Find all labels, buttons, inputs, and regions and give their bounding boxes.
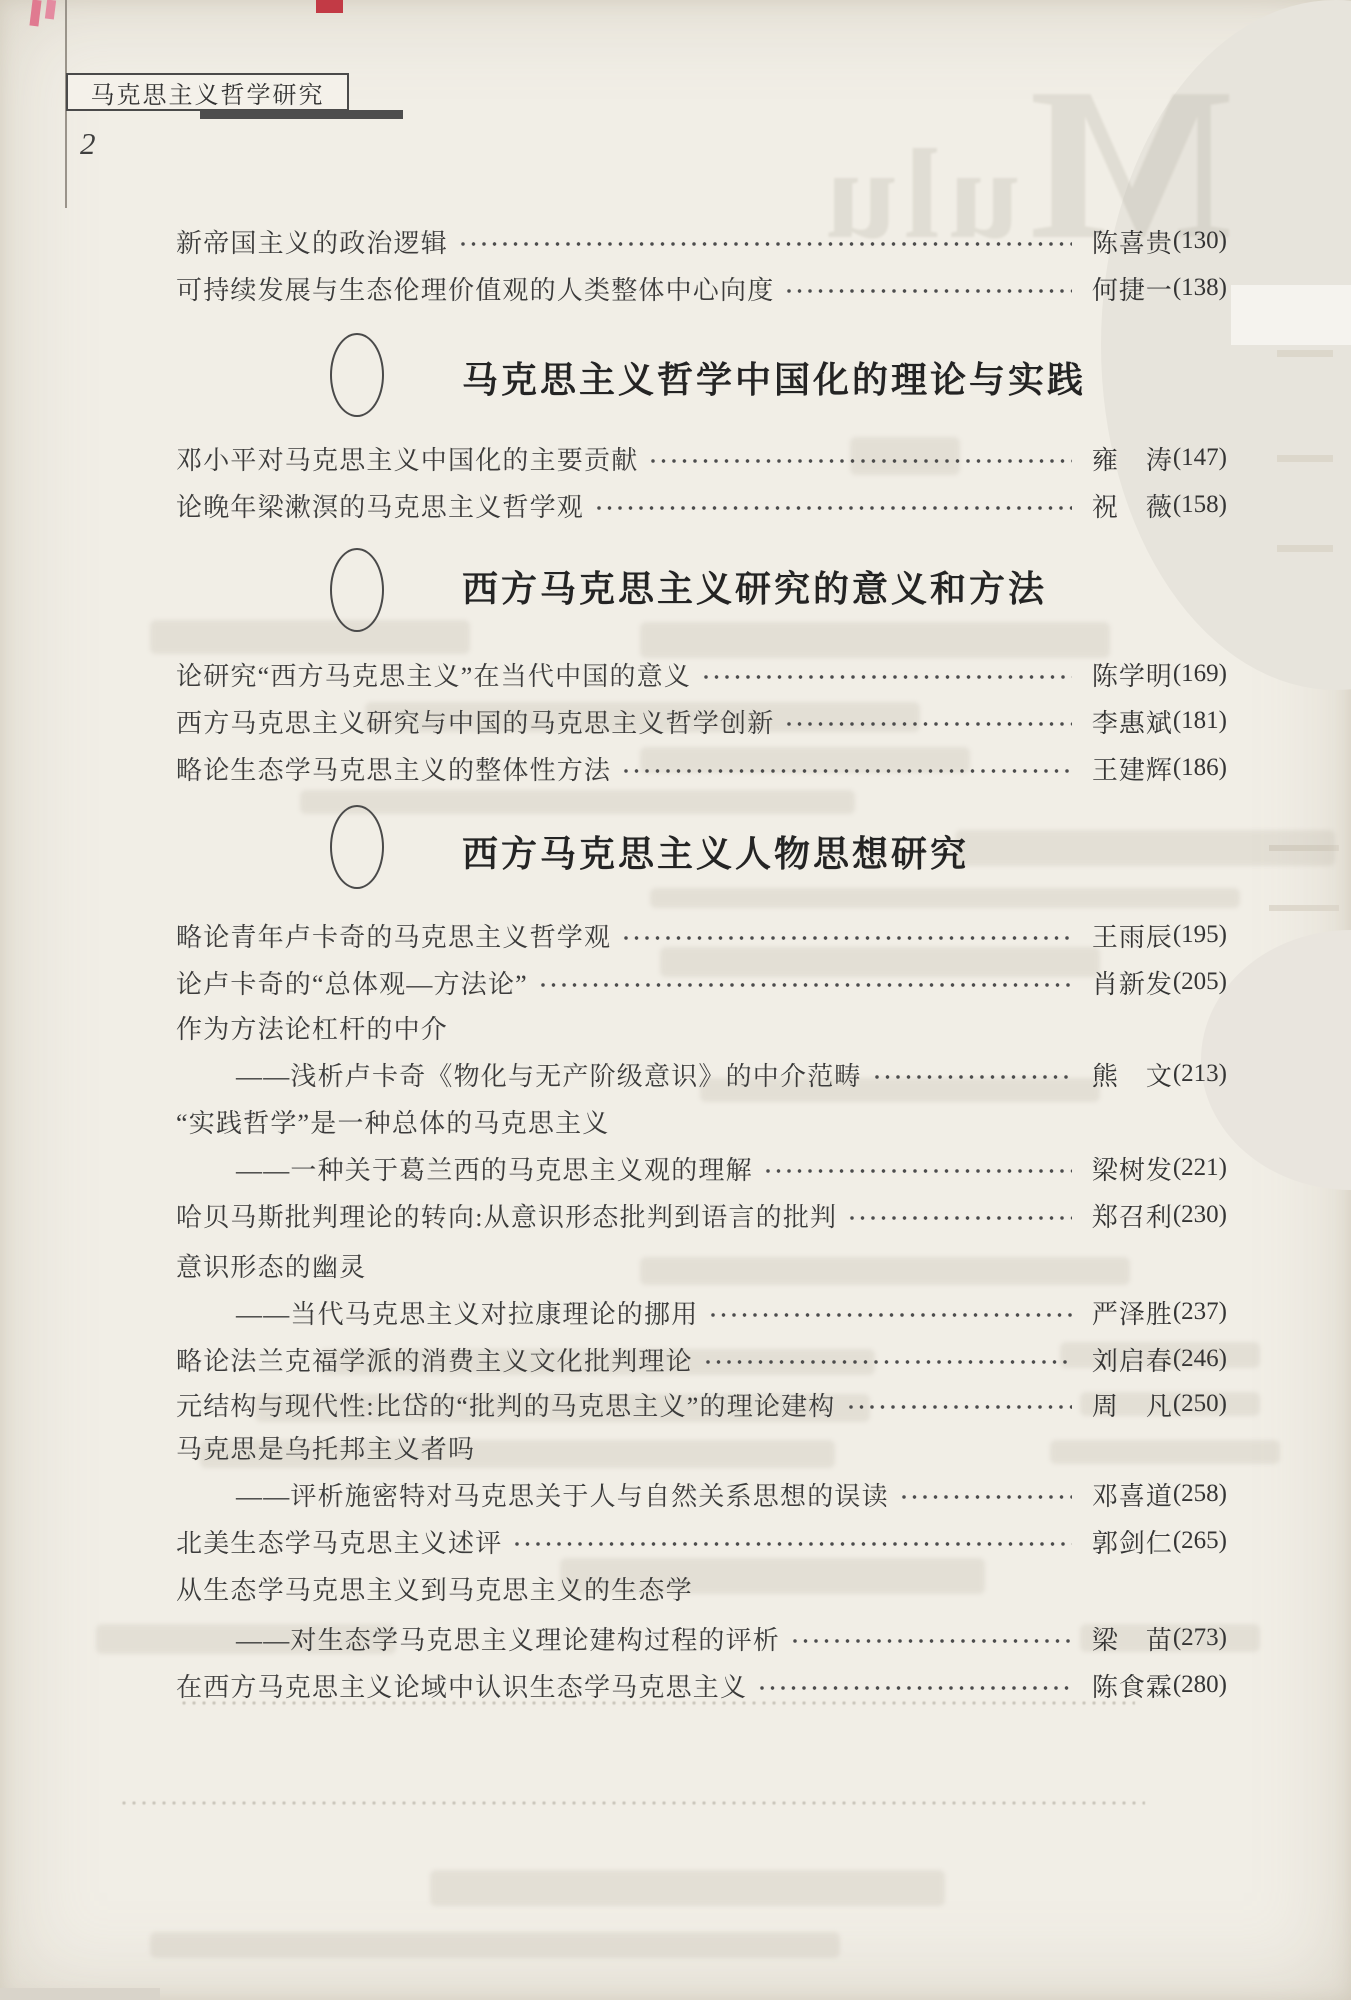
section-circle-mark <box>330 805 384 889</box>
scan-mark-red <box>316 0 343 13</box>
toc-entry: 哈贝马斯批判理论的转向:从意识形态批判到语言的批判郑召利(230) <box>176 1198 1227 1232</box>
bleedthrough-text-bar <box>650 888 1240 908</box>
toc-entry: 西方马克思主义研究与中国的马克思主义哲学创新李惠斌(181) <box>176 704 1227 738</box>
entry-title: “实践哲学”是一种总体的马克思主义 <box>176 1103 609 1140</box>
entry-author: 陈食霖 <box>1092 1667 1173 1704</box>
dot-leader <box>648 455 1071 467</box>
dot-leader <box>621 765 1072 777</box>
bleedthrough-text-bar <box>640 622 1110 658</box>
entry-author: 严泽胜 <box>1092 1294 1173 1331</box>
dot-leader <box>899 1491 1072 1503</box>
entry-page: (181) <box>1173 707 1227 735</box>
section-heading: 西方马克思主义研究的意义和方法 <box>462 561 1047 612</box>
cover-bleedthrough-line-1 <box>1277 350 1333 357</box>
dot-leader <box>594 502 1072 514</box>
toc-entry: 北美生态学马克思主义述评郭剑仁(265) <box>176 1524 1227 1558</box>
entry-page: (250) <box>1173 1390 1227 1418</box>
entry-title: 北美生态学马克思主义述评 <box>176 1523 502 1560</box>
entry-author: 郭剑仁 <box>1092 1523 1173 1560</box>
dot-leader <box>757 1682 1072 1694</box>
entry-title: 马克思是乌托邦主义者吗 <box>176 1429 475 1466</box>
section-heading: 西方马克思主义人物思想研究 <box>462 826 969 877</box>
dot-leader <box>763 1165 1072 1177</box>
entry-page: (221) <box>1173 1154 1227 1182</box>
scan-mark-pink-1 <box>29 0 41 26</box>
toc-entry: 作为方法论杠杆的中介 <box>176 1010 1227 1044</box>
section-circle-mark <box>330 333 384 417</box>
toc-entry: 可持续发展与生态伦理价值观的人类整体中心向度何捷一(138) <box>176 271 1227 305</box>
dot-leader <box>708 1309 1071 1321</box>
entry-title: 论研究“西方马克思主义”在当代中国的意义 <box>176 656 691 693</box>
entry-author: 王雨辰 <box>1092 917 1173 954</box>
entry-author: 熊 文 <box>1092 1056 1173 1093</box>
bleedthrough-text-bar <box>955 830 1335 866</box>
entry-title: 在西方马克思主义论域中认识生态学马克思主义 <box>176 1667 747 1704</box>
entry-title: 论晚年梁漱溟的马克思主义哲学观 <box>176 487 584 524</box>
entry-title: 哈贝马斯批判理论的转向:从意识形态批判到语言的批判 <box>176 1197 837 1234</box>
section-heading: 马克思主义哲学中国化的理论与实践 <box>462 352 1086 403</box>
entry-page: (265) <box>1173 1527 1227 1555</box>
toc-entry: 在西方马克思主义论域中认识生态学马克思主义陈食霖(280) <box>176 1668 1227 1702</box>
toc-entry: 论卢卡奇的“总体观—方法论”肖新发(205) <box>176 965 1227 999</box>
toc-entry: 元结构与现代性:比岱的“批判的马克思主义”的理论建构周 凡(250) <box>176 1387 1227 1421</box>
entry-title: 略论法兰克福学派的消费主义文化批判理论 <box>176 1341 693 1378</box>
toc-entry: ——对生态学马克思主义理论建构过程的评析梁 苗(273) <box>236 1621 1227 1655</box>
entry-author: 陈喜贵 <box>1092 223 1173 260</box>
running-head-box: 马克思主义哲学研究 <box>66 73 349 111</box>
entry-page: (130) <box>1173 227 1227 255</box>
toc-entry: ——当代马克思主义对拉康理论的挪用严泽胜(237) <box>236 1295 1227 1329</box>
entry-author: 何捷一 <box>1092 270 1173 307</box>
toc-entry: ——评析施密特对马克思关于人与自然关系思想的误读邓喜道(258) <box>236 1477 1227 1511</box>
entry-author: 刘启春 <box>1092 1341 1173 1378</box>
cover-bleedthrough-highlight <box>1231 285 1351 345</box>
entry-author: 梁 苗 <box>1092 1620 1173 1657</box>
page-number: 2 <box>80 126 96 162</box>
entry-title: 略论生态学马克思主义的整体性方法 <box>176 750 611 787</box>
entry-page: (158) <box>1173 491 1227 519</box>
cover-bleedthrough-line-5 <box>1269 905 1339 911</box>
entry-page: (258) <box>1173 1480 1227 1508</box>
toc-entry: 邓小平对马克思主义中国化的主要贡献雍 涛(147) <box>176 441 1227 475</box>
running-head-bar <box>200 110 403 119</box>
bleedthrough-text-bar <box>150 620 470 654</box>
entry-page: (205) <box>1173 968 1227 996</box>
toc-entry: 意识形态的幽灵 <box>176 1248 1227 1282</box>
toc-entry: ——一种关于葛兰西的马克思主义观的理解梁树发(221) <box>236 1151 1227 1185</box>
entry-author: 周 凡 <box>1092 1386 1173 1423</box>
dot-leader <box>784 285 1071 297</box>
entry-title: ——评析施密特对马克思关于人与自然关系思想的误读 <box>236 1476 889 1513</box>
entry-page: (213) <box>1173 1060 1227 1088</box>
entry-title: 作为方法论杠杆的中介 <box>176 1009 448 1046</box>
entry-author: 邓喜道 <box>1092 1476 1173 1513</box>
dot-leader <box>458 238 1072 250</box>
toc-entry: 略论法兰克福学派的消费主义文化批判理论刘启春(246) <box>176 1342 1227 1376</box>
dot-leader <box>621 932 1072 944</box>
dot-leader <box>790 1635 1072 1647</box>
cover-bleedthrough-line-2 <box>1277 455 1333 462</box>
entry-page: (246) <box>1173 1345 1227 1373</box>
dot-leader <box>784 718 1071 730</box>
entry-title: 意识形态的幽灵 <box>176 1247 366 1284</box>
toc-entry: 马克思是乌托邦主义者吗 <box>176 1430 1227 1464</box>
entry-title: ——一种关于葛兰西的马克思主义观的理解 <box>236 1150 753 1187</box>
entry-page: (273) <box>1173 1624 1227 1652</box>
entry-page: (195) <box>1173 921 1227 949</box>
entry-page: (230) <box>1173 1201 1227 1229</box>
entry-author: 肖新发 <box>1092 964 1173 1001</box>
entry-author: 李惠斌 <box>1092 703 1173 740</box>
entry-title: ——当代马克思主义对拉康理论的挪用 <box>236 1294 698 1331</box>
dot-leader <box>872 1071 1072 1083</box>
entry-page: (186) <box>1173 754 1227 782</box>
entry-title: 邓小平对马克思主义中国化的主要贡献 <box>176 440 638 477</box>
toc-entry: 略论青年卢卡奇的马克思主义哲学观王雨辰(195) <box>176 918 1227 952</box>
toc-entry: 论晚年梁漱溟的马克思主义哲学观祝 薇(158) <box>176 488 1227 522</box>
entry-title: 略论青年卢卡奇的马克思主义哲学观 <box>176 917 611 954</box>
entry-title: ——对生态学马克思主义理论建构过程的评析 <box>236 1620 780 1657</box>
dot-leader <box>538 979 1072 991</box>
entry-author: 雍 涛 <box>1092 440 1173 477</box>
bleedthrough-text-bar <box>300 790 855 814</box>
toc-entry: 新帝国主义的政治逻辑陈喜贵(130) <box>176 224 1227 258</box>
entry-author: 郑召利 <box>1092 1197 1173 1234</box>
toc-entry: “实践哲学”是一种总体的马克思主义 <box>176 1104 1227 1138</box>
entry-title: 可持续发展与生态伦理价值观的人类整体中心向度 <box>176 270 774 307</box>
dot-leader <box>847 1212 1072 1224</box>
entry-author: 梁树发 <box>1092 1150 1173 1187</box>
entry-page: (280) <box>1173 1671 1227 1699</box>
entry-title: ——浅析卢卡奇《物化与无产阶级意识》的中介范畴 <box>236 1056 862 1093</box>
entry-page: (147) <box>1173 444 1227 472</box>
entry-author: 王建辉 <box>1092 750 1173 787</box>
toc-entry: ——浅析卢卡奇《物化与无产阶级意识》的中介范畴熊 文(213) <box>236 1057 1227 1091</box>
bleedthrough-text-bar <box>430 1870 945 1906</box>
entry-title: 元结构与现代性:比岱的“批判的马克思主义”的理论建构 <box>176 1386 836 1423</box>
entry-page: (169) <box>1173 660 1227 688</box>
dot-leader <box>703 1356 1072 1368</box>
running-head-label: 马克思主义哲学研究 <box>91 75 325 110</box>
toc-entry: 略论生态学马克思主义的整体性方法王建辉(186) <box>176 751 1227 785</box>
cover-bleedthrough-line-3 <box>1277 545 1333 552</box>
page-bottom-edge-shadow <box>0 1988 160 2000</box>
entry-page: (237) <box>1173 1298 1227 1326</box>
entry-author: 陈学明 <box>1092 656 1173 693</box>
entry-author: 祝 薇 <box>1092 487 1173 524</box>
toc-entry: 从生态学马克思主义到马克思主义的生态学 <box>176 1571 1227 1605</box>
dot-leader <box>846 1401 1072 1413</box>
scanned-toc-page: Mulu 马克思主义哲学研究 2 新帝国主义的政治逻辑陈喜贵(130)可持续发展… <box>0 0 1351 2000</box>
dot-leader <box>701 671 1072 683</box>
bleedthrough-dot-leader <box>120 1799 1145 1807</box>
entry-title: 新帝国主义的政治逻辑 <box>176 223 448 260</box>
entry-title: 从生态学马克思主义到马克思主义的生态学 <box>176 1570 693 1607</box>
section-circle-mark <box>330 548 384 632</box>
scan-mark-pink-2 <box>45 0 56 19</box>
toc-entry: 论研究“西方马克思主义”在当代中国的意义陈学明(169) <box>176 657 1227 691</box>
entry-title: 论卢卡奇的“总体观—方法论” <box>176 964 528 1001</box>
bleedthrough-text-bar <box>150 1932 840 1958</box>
entry-page: (138) <box>1173 274 1227 302</box>
entry-title: 西方马克思主义研究与中国的马克思主义哲学创新 <box>176 703 774 740</box>
dot-leader <box>512 1538 1071 1550</box>
